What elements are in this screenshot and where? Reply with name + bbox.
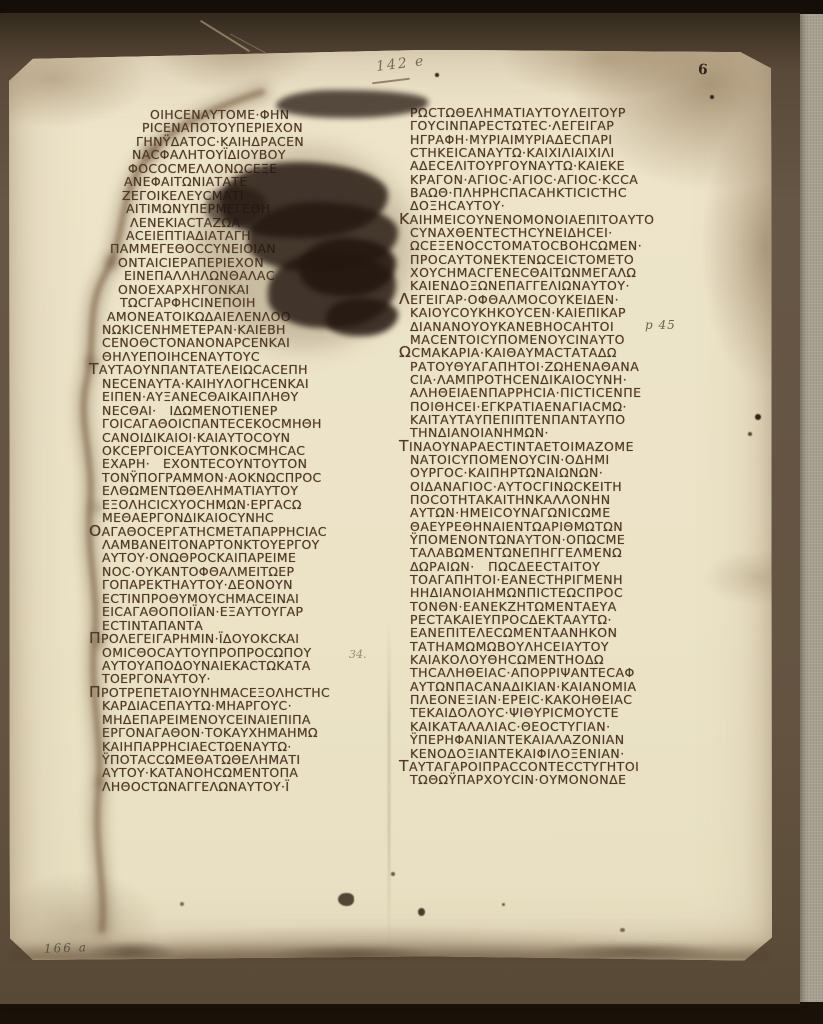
text-line: ΓΟΥСΙΝΠΑΡΕСΤΩΤΕС·ΛΕΓΕΙΓΑΡ: [410, 120, 718, 133]
margin-note-34: 34.: [349, 648, 367, 661]
folio-number-bottom: 166 a: [44, 940, 88, 956]
text-line: ΡΙСΕΝΑΠΟΤΟΥΠΕΡΙΕΧΟΝ: [102, 122, 388, 135]
text-line: ΠΟСΟΤΗΤΑΚΑΙΤΗΝΚΑΛΛΟΝΗΝ: [410, 493, 718, 506]
text-line: ΝΕСΘΑΙ· ΙΔΩΜΕΝΟΤΙΕΝΕΡ: [102, 404, 388, 417]
text-line: ΕΞΟΛΗСΙСΧΥΟСΗΜΩΝ·ΕΡΓΑСΩ: [102, 498, 388, 511]
text-line: ΤΟΕΡΓΟΝΑΥΤΟΥ·: [102, 673, 388, 686]
text-line: ΚΑΙΗΠΑΡΡΗСΙΑΕСΤΩΕΝΑΥΤΩ·: [102, 740, 388, 753]
text-line: СΥΝΑΧΘΕΝΤΕСΤΗСΥΝΕΙΔΗСΕΙ·: [410, 226, 718, 239]
text-line: ΤΟΑΓΑΠΗΤΟΙ·ΕΑΝΕСΤΗΡΙΓΜΕΝΗ: [410, 573, 718, 586]
stain-spot: [435, 73, 439, 77]
text-line: ΤΟΝΫΠΟΓΡΑΜΜΟΝ·ΑΟΚΝΩСΠΡΟС: [102, 471, 388, 484]
stain-spot: [755, 414, 761, 420]
text-line: ΚΑΙΤΑΥΤΑΥΠΕΠΙΠΤΕΝΠΑΝΤΑΥΠΟ: [410, 413, 718, 426]
text-line: ΫΠΕΡΗΦΑΝΙΑΝΤΕΚΑΙΑΛΑΖΟΝΙΑΝ: [410, 733, 718, 746]
ekthesis-initial: Π: [89, 629, 101, 646]
text-line: СΙΑ·ΛΑΜΠΡΟΤΗСΕΝΔΙΚΑΙΟСΥΝΗ·: [410, 373, 718, 386]
text-line: ΟΥΡΓΟС·ΚΑΙΠΗΡΤΩΝΑΙΩΝΩΝ·: [410, 467, 718, 480]
text-line: ΠΡΟΤΡΕΠΕΤΑΙΟΥΝΗΜΑСΕΞΟΛΗСΤΗС: [89, 686, 388, 699]
text-line: ΑΥΤΟΥ·ΟΝΩΘΡΟСΚΑΙΠΑΡΕΙΜΕ: [102, 552, 388, 565]
text-line: ΠΡΟСΑΥΤΟΝΕΚΤΕΝΩСΕΙСΤΟΜΕΤΟ: [410, 253, 718, 266]
text-line: ΛΕΓΕΙΓΑΡ·ΟΦΘΑΛΜΟСΟΥΚΕΙΔΕΝ·: [399, 293, 718, 306]
text-line: ΫΠΟΤΑССΩΜΕΘΑΤΩΘΕΛΗΜΑΤΙ: [102, 753, 388, 766]
text-line: ΫΠΟΜΕΝΟΝΤΩΝΑΥΤΟΝ·ΟΠΩСΜΕ: [410, 533, 718, 546]
stain-spot: [710, 95, 714, 99]
text-line: ΟΑΓΑΘΟСΕΡΓΑΤΗСΜΕΤΑΠΑΡΡΗСΙΑС: [89, 525, 388, 538]
text-line: ΛΑΜΒΑΝΕΙΤΟΝΑΡΤΟΝΚΤΟΥΕΡΓΟΥ: [102, 538, 388, 551]
edge-smudge: [10, 938, 770, 960]
text-line: ΝΑΤΟΙСΥΠΟΜΕΝΟΥСΙΝ·ΟΔΗΜΙ: [410, 453, 718, 466]
text-line: ΔΟΞΗСΑΥΤΟΥ·: [410, 200, 718, 213]
ekthesis-initial: Ω: [399, 344, 411, 361]
text-line: ΗΓΡΑΦΗ·ΜΥΡΙΑΙΜΥΡΙΑΔΕСΠΑΡΙ: [410, 133, 718, 146]
text-line: ΑΥΤΟΥΑΠΟΔΟΥΝΑΙΕΚΑСΤΩΚΑΤΑ: [102, 659, 388, 672]
text-line: ΗΗΔΙΑΝΟΙΑΗΜΩΝΠΙСΤΕΩСΠΡΟС: [410, 587, 718, 600]
text-line: ΑΥΤΩΝΠΑСΑΝΑΔΙΚΙΑΝ·ΚΑΙΑΝΟΜΙΑ: [410, 680, 718, 693]
text-line: ΚΑΙΚΑΤΑΛΑΛΙΑС·ΘΕΟСΤΥΓΙΑΝ·: [410, 720, 718, 733]
stain-spot: [338, 893, 354, 906]
plate-number: 6: [698, 62, 709, 78]
text-line: ΤΑΤΗΑΜΩΜΩΒΟΥΛΗСΕΙΑΥΤΟΥ: [410, 640, 718, 653]
text-line: ΤΕΚΑΙΔΟΛΟΥС·ΨΙΘΥΡΙСΜΟΥСΤΕ: [410, 707, 718, 720]
text-line: ΚΑΙΕΝΔΟΞΩΝΕΠΑΓΓΕΛΙΩΝΑΥΤΟΥ·: [410, 280, 718, 293]
text-line: ΜΑСΕΝΤΟΙСΥΠΟΜΕΝΟΥСΙΝΑΥΤΟ: [410, 333, 718, 346]
text-line: ΟΙΔΑΝΑΓΙΟС·ΑΥΤΟСΓΙΝΩСΚΕΙΤΗ: [410, 480, 718, 493]
text-line: ΘΗΛΥΕΠΟΙΗСΕΝΑΥΤΟΥС: [102, 350, 388, 363]
text-line: ΕΙΠΕΝ·ΑΥΞΑΝΕСΘΑΙΚΑΙΠΛΗΘΥ: [102, 390, 388, 403]
text-line: ΤΟΝΘΝ·ΕΑΝΕΚΖΗΤΩΜΕΝΤΑΕΥΑ: [410, 600, 718, 613]
text-line: ΛΗΘΟСΤΩΝΑΓΓΕΛΩΝΑΥΤΟΥ·Ϊ: [102, 780, 388, 793]
text-line: ΚΡΑΓΟΝ·ΑΓΙΟС·ΑΓΙΟС·ΑΓΙΟС·ΚССΑ: [410, 173, 718, 186]
text-line: ΚΑΙΑΚΟΛΟΥΘΗСΩΜΕΝΤΗΟΔΩ: [410, 653, 718, 666]
text-line: ΕΙСΑΓΑΘΟΠΟΙΪΑΝ·ΕΞΑΥΤΟΥΓΑΡ: [102, 605, 388, 618]
text-line: ΤΑΥΤΑΓΑΡΟΙΠΡΑССΟΝΤΕССΤΥΓΗΤΟΙ: [399, 760, 718, 773]
ekthesis-initial: Π: [89, 683, 101, 700]
text-line: ΔΩΡΑΙΩΝ· ΠΩСΔΕΕСΤΑΙΤΟΥ: [410, 560, 718, 573]
text-line: ΕΧΑΡΗ· ΕΧΟΝΤΕСΟΥΝΤΟΥΤΟΝ: [102, 458, 388, 471]
scratch-mark: [200, 20, 250, 52]
text-line: ΜΕΘΑΕΡΓΟΝΔΙΚΑΙΟСΥΝΗС: [102, 511, 388, 524]
text-line: ΤΗΝΔΙΑΝΟΙΑΝΗΜΩΝ·: [410, 427, 718, 440]
ekthesis-initial: Τ: [89, 361, 99, 378]
stain-spot: [180, 902, 184, 906]
text-line: ΕСΤΙΝΠΡΟΘΥΜΟΥСΗΜΑСΕΙΝΑΙ: [102, 592, 388, 605]
text-line: ΑΥΤΩΝ·ΗΜΕΙСΟΥΝΑΓΩΝΙСΩΜΕ: [410, 507, 718, 520]
ekthesis-initial: Τ: [399, 757, 409, 774]
stain-spot: [748, 432, 752, 436]
text-line: ΕΡΓΟΝΑΓΑΘΟΝ·ΤΟΚΑΥΧΗΜΑΗΜΩ: [102, 726, 388, 739]
text-line: ΓΟΠΑΡΕΚΤΗΑΥΤΟΥ·ΔΕΟΝΟΥΝ: [102, 579, 388, 592]
text-line: ΑΥΤΟΥ·ΚΑΤΑΝΟΗСΩΜΕΝΤΟΠΑ: [102, 767, 388, 780]
text-line: ΡΕСΤΑΚΑΙΕΥΠΡΟСΔΕΚΤΑΑΥΤΩ·: [410, 613, 718, 626]
text-line: ΩСΕΞΕΝΟССΤΟΜΑΤΟСΒΟΗСΩΜΕΝ·: [410, 240, 718, 253]
text-line: ΡΑΤΟΥΘΥΑΓΑΠΗΤΟΙ·ΖΩΗΕΝΑΘΑΝΑ: [410, 360, 718, 373]
plate-border-bottom: [0, 1002, 823, 1024]
text-line: ΚΑΙΗΜΕΙСΟΥΝΕΝΟΜΟΝΟΙΑΕΠΙΤΟΑΥΤΟ: [399, 213, 718, 226]
plate-border-top: [0, 0, 823, 14]
text-line: ΟΜΙСΘΟСΑΥΤΟΥΠΡΟΠΡΟСΩΠΟΥ: [102, 646, 388, 659]
text-line: ΑΔΕСΕΛΙΤΟΥΡΓΟΥΝΑΥΤΩ·ΚΑΙΕΚΕ: [410, 160, 718, 173]
fold-line: [388, 620, 390, 950]
text-line: ΤΑΛΑΒΩΜΕΝΤΩΝΕΠΗΓΓΕΛΜΕΝΩ: [410, 547, 718, 560]
margin-note-p45: p 45: [645, 318, 676, 332]
text-line: ΕΑΝΕΠΙΤΕΛΕСΩΜΕΝΤΑΑΝΗΚΟΝ: [410, 627, 718, 640]
text-line: ΠΟΙΘΗСΕΙ·ΕΓΚΡΑΤΙΑΕΝΑΓΙΑСΜΩ·: [410, 400, 718, 413]
text-line: ΤΑΥΤΑΟΥΝΠΑΝΤΑΤΕΛΕΙΩСΑСΕΠΗ: [89, 364, 388, 377]
text-line: ΕСΤΙΝΤΑΠΑΝΤΑ: [102, 619, 388, 632]
text-line: ΤΗСΑΛΗΘΕΙΑС·ΑΠΟΡΡΙΨΑΝΤΕСΑΦ: [410, 667, 718, 680]
ekthesis-initial: Τ: [399, 437, 409, 454]
text-line: ΝΕСΕΝΑΥΤΑ·ΚΑΙΗΥΛΟΓΗСΕΝΚΑΙ: [102, 377, 388, 390]
text-line: СΤΗΚΕΙСΑΝΑΥΤΩ·ΚΑΙΧΙΛΙΑΙΧΙΛΙ: [410, 146, 718, 159]
text-line: ΓΗΝΫΔΑΤΟС·ΚΑΙΗΔΡΑСΕΝ: [102, 135, 388, 148]
text-line: ΚΑΡΔΙΑСΕΠΑΥΤΩ·ΜΗΑΡΓΟΥС·: [102, 700, 388, 713]
text-line: ΤΙΝΑΟΥΝΑΡΑΕСΤΙΝΤΑΕΤΟΙΜΑΖΟΜΕ: [399, 440, 718, 453]
text-line: ΩСΜΑΚΑΡΙΑ·ΚΑΙΘΑΥΜΑСΤΑΤΑΔΩ: [399, 346, 718, 359]
text-line: ΠΛΕΟΝΕΞΙΑΝ·ΕΡΕΙС·ΚΑΚΟΗΘΕΙΑС: [410, 693, 718, 706]
text-line: ΜΗΔΕΠΑΡΕΙΜΕΝΟΥСΕΙΝΑΙΕΠΙΠΑ: [102, 713, 388, 726]
right-column: ΡΩСΤΩΘΕΛΗΜΑΤΙΑΥΤΟΥΛΕΙΤΟΥΡΓΟΥСΙΝΠΑΡΕСΤΩΤΕ…: [410, 106, 718, 787]
stain-spot: [391, 872, 395, 876]
text-line: ΝΟС·ΟΥΚΑΝΤΟΦΘΑΛΜΕΙΤΩΕΡ: [102, 565, 388, 578]
stain-spot: [620, 928, 625, 932]
text-line: ΕΛΘΩΜΕΝΤΩΘΕΛΗΜΑΤΙΑΥΤΟΥ: [102, 485, 388, 498]
text-line: ΠΡΟΛΕΓΕΙΓΑΡΗΜΙΝ·ΪΔΟΥΟΚСΚΑΙ: [89, 632, 388, 645]
text-line: ΡΩСΤΩΘΕΛΗΜΑΤΙΑΥΤΟΥΛΕΙΤΟΥΡ: [410, 106, 718, 119]
text-line: ΤΩΘΩΫΠΑΡΧΟΥСΙΝ·ΟΥΜΟΝΟΝΔΕ: [410, 773, 718, 786]
text-line: ΑΛΗΘΕΙΑΕΝΠΑΡΡΗСΙΑ·ΠΙСΤΙСΕΝΠΕ: [410, 386, 718, 399]
text-line: ΚΕΝΟΔΟΞΙΑΝΤΕΚΑΙΦΙΛΟΞΕΝΙΑΝ·: [410, 747, 718, 760]
text-line: ΧΟΥСΗΜΑСΓΕΝΕСΘΑΙΤΩΝΜΕΓΑΛΩ: [410, 266, 718, 279]
text-line: ΘΑΕΥΡΕΘΗΝΑΙΕΝΤΩΑΡΙΘΜΩΤΩΝ: [410, 520, 718, 533]
stain-spot: [502, 903, 505, 906]
ekthesis-initial: Ο: [89, 522, 102, 539]
text-line: ΒΑΩΘ·ΠΛΗΡΗСΠΑСΑΗΚΤΙСΙСΤΗС: [410, 186, 718, 199]
text-line: ΓΟΙСΑΓΑΘΟΙСΠΑΝΤΕСΕΚΟСΜΗΘΗ: [102, 417, 388, 430]
ekthesis-initial: Λ: [399, 290, 410, 307]
text-line: СΑΝΟΙΔΙΚΑΙΟΙ·ΚΑΙΑΥΤΟСΟΥΝ: [102, 431, 388, 444]
stain-spot: [418, 908, 425, 916]
text-line: ΟΚСΕΡΓΟΙСΕΑΥΤΟΝΚΟСΜΗСΑС: [102, 444, 388, 457]
photograph-of-manuscript: ΟΙΗСΕΝΑΥΤΟΜΕ·ΦΗΝΡΙСΕΝΑΠΟΤΟΥΠΕΡΙΕΧΟΝΓΗΝΫΔ…: [0, 0, 823, 1024]
